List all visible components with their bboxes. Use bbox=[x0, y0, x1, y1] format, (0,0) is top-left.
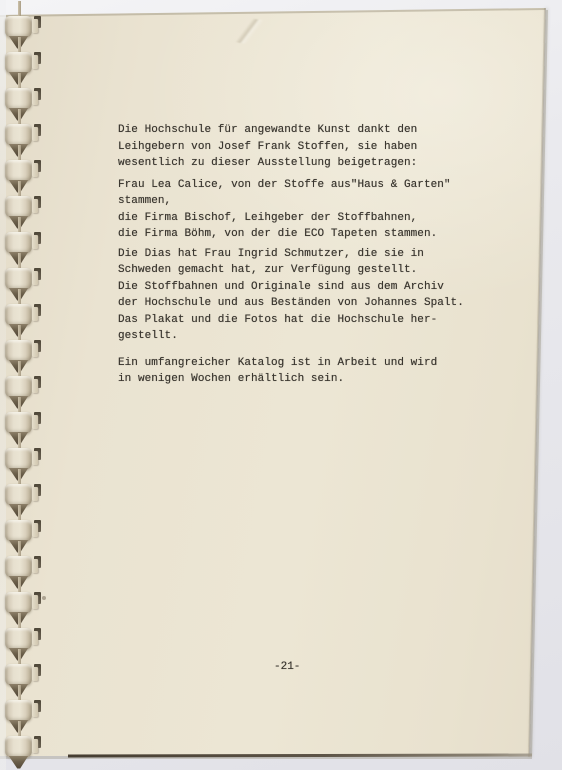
comb-spine-segment bbox=[18, 37, 21, 53]
comb-ring-tab bbox=[32, 163, 38, 177]
comb-ring bbox=[5, 232, 45, 268]
comb-spine-segment bbox=[18, 685, 21, 701]
comb-ring-body bbox=[5, 232, 32, 254]
comb-spine-segment bbox=[18, 613, 21, 629]
comb-ring-body bbox=[5, 376, 32, 398]
scan-background: Die Hochschule für angewandte Kunst dank… bbox=[0, 0, 562, 770]
comb-ring-body bbox=[5, 484, 32, 506]
comb-ring-tab bbox=[32, 127, 38, 141]
comb-ring bbox=[5, 196, 45, 232]
comb-ring bbox=[5, 16, 45, 52]
comb-ring-tab bbox=[32, 271, 38, 285]
comb-ring-tab bbox=[32, 523, 38, 537]
comb-ring-body bbox=[5, 664, 32, 686]
comb-ring-tab bbox=[32, 343, 38, 357]
comb-ring-body bbox=[5, 52, 32, 74]
text-line: Frau Lea Calice, von der Stoffe aus"Haus… bbox=[118, 177, 464, 194]
text-line: Schweden gemacht hat, zur Verfügung gest… bbox=[118, 262, 464, 279]
text-block: Die Hochschule für angewandte Kunst dank… bbox=[118, 122, 464, 388]
comb-spine-segment bbox=[18, 73, 21, 89]
comb-ring bbox=[5, 52, 45, 88]
comb-ring bbox=[5, 88, 45, 124]
comb-ring-tab bbox=[32, 415, 38, 429]
comb-ring bbox=[5, 304, 45, 340]
comb-spine-segment bbox=[18, 109, 21, 125]
text-line: wesentlich zu dieser Ausstellung beigetr… bbox=[118, 155, 464, 172]
comb-spine-segment bbox=[18, 541, 21, 557]
comb-spine-segment bbox=[18, 361, 21, 377]
text-line: stammen, bbox=[118, 193, 464, 210]
comb-ring-tab bbox=[32, 703, 38, 717]
comb-spine-segment bbox=[18, 577, 21, 593]
text-line: Das Plakat und die Fotos hat die Hochsch… bbox=[118, 312, 464, 329]
comb-ring bbox=[5, 412, 45, 448]
comb-ring-body bbox=[5, 268, 32, 290]
comb-ring-tab bbox=[32, 451, 38, 465]
comb-ring bbox=[5, 628, 45, 664]
page-number: -21- bbox=[274, 659, 300, 676]
text-line: Die Hochschule für angewandte Kunst dank… bbox=[118, 122, 464, 139]
comb-ring-tab bbox=[32, 559, 38, 573]
comb-ring bbox=[5, 664, 45, 700]
comb-spine-segment bbox=[18, 397, 21, 413]
paragraph: Ein umfangreicher Katalog ist in Arbeit … bbox=[118, 355, 464, 388]
comb-ring-tab bbox=[32, 739, 38, 753]
comb-spine-segment bbox=[18, 469, 21, 485]
comb-ring bbox=[5, 268, 45, 304]
text-line: Die Dias hat Frau Ingrid Schmutzer, die … bbox=[118, 246, 464, 263]
comb-ring-tab bbox=[32, 379, 38, 393]
comb-ring bbox=[5, 376, 45, 412]
comb-ring bbox=[5, 160, 45, 196]
comb-ring-body bbox=[5, 448, 32, 470]
text-line: die Firma Böhm, von der die ECO Tapeten … bbox=[118, 226, 464, 243]
text-line: Ein umfangreicher Katalog ist in Arbeit … bbox=[118, 355, 464, 372]
text-line: der Hochschule und aus Beständen von Joh… bbox=[118, 295, 464, 312]
comb-ring-tab bbox=[32, 235, 38, 249]
paragraph: Die Dias hat Frau Ingrid Schmutzer, die … bbox=[118, 246, 464, 345]
comb-binding bbox=[0, 0, 48, 770]
comb-ring bbox=[5, 700, 45, 736]
comb-ring-body bbox=[5, 736, 32, 758]
comb-ring-body bbox=[5, 196, 32, 218]
comb-ring bbox=[5, 592, 45, 628]
text-line: Die Stoffbahnen und Originale sind aus d… bbox=[118, 279, 464, 296]
comb-spine-segment bbox=[18, 721, 21, 737]
text-line: die Firma Bischof, Leihgeber der Stoffba… bbox=[118, 210, 464, 227]
text-line: gestellt. bbox=[118, 328, 464, 345]
comb-spine-segment bbox=[18, 217, 21, 233]
comb-spine-segment bbox=[18, 253, 21, 269]
comb-spine-segment bbox=[18, 1, 21, 17]
comb-ring-tab bbox=[32, 595, 38, 609]
comb-ring-body bbox=[5, 340, 32, 362]
comb-spine-segment bbox=[18, 505, 21, 521]
comb-ring-body bbox=[5, 556, 32, 578]
comb-ring bbox=[5, 484, 45, 520]
comb-ring-body bbox=[5, 592, 32, 614]
comb-spine-segment bbox=[18, 289, 21, 305]
comb-ring-tab bbox=[32, 199, 38, 213]
comb-ring-body bbox=[5, 88, 32, 110]
comb-ring-tab bbox=[32, 55, 38, 69]
comb-ring bbox=[5, 448, 45, 484]
comb-ring-tab bbox=[32, 307, 38, 321]
text-line: in wenigen Wochen erhältlich sein. bbox=[118, 371, 464, 388]
comb-ring bbox=[5, 556, 45, 592]
comb-ring-body bbox=[5, 412, 32, 434]
comb-ring-shadow bbox=[8, 756, 29, 769]
comb-spine-segment bbox=[18, 181, 21, 197]
comb-spine-segment bbox=[18, 325, 21, 341]
comb-ring-body bbox=[5, 700, 32, 722]
text-line: Leihgebern von Josef Frank Stoffen, sie … bbox=[118, 139, 464, 156]
comb-ring-tab bbox=[32, 667, 38, 681]
comb-ring bbox=[5, 520, 45, 556]
comb-spine-segment bbox=[18, 433, 21, 449]
paragraph: Frau Lea Calice, von der Stoffe aus"Haus… bbox=[118, 177, 464, 243]
comb-ring-tab bbox=[32, 631, 38, 645]
comb-ring-body bbox=[5, 304, 32, 326]
comb-ring-body bbox=[5, 628, 32, 650]
comb-ring-tab bbox=[32, 487, 38, 501]
paragraph: Die Hochschule für angewandte Kunst dank… bbox=[118, 122, 464, 172]
comb-spine-segment bbox=[18, 649, 21, 665]
comb-ring-tab bbox=[32, 19, 38, 33]
comb-ring-tab bbox=[32, 91, 38, 105]
comb-ring-body bbox=[5, 16, 32, 38]
comb-ring-body bbox=[5, 124, 32, 146]
comb-ring-body bbox=[5, 520, 32, 542]
comb-spine-segment bbox=[18, 145, 21, 161]
comb-ring bbox=[5, 124, 45, 160]
comb-ring bbox=[5, 340, 45, 376]
comb-ring-body bbox=[5, 160, 32, 182]
comb-ring bbox=[5, 736, 45, 770]
